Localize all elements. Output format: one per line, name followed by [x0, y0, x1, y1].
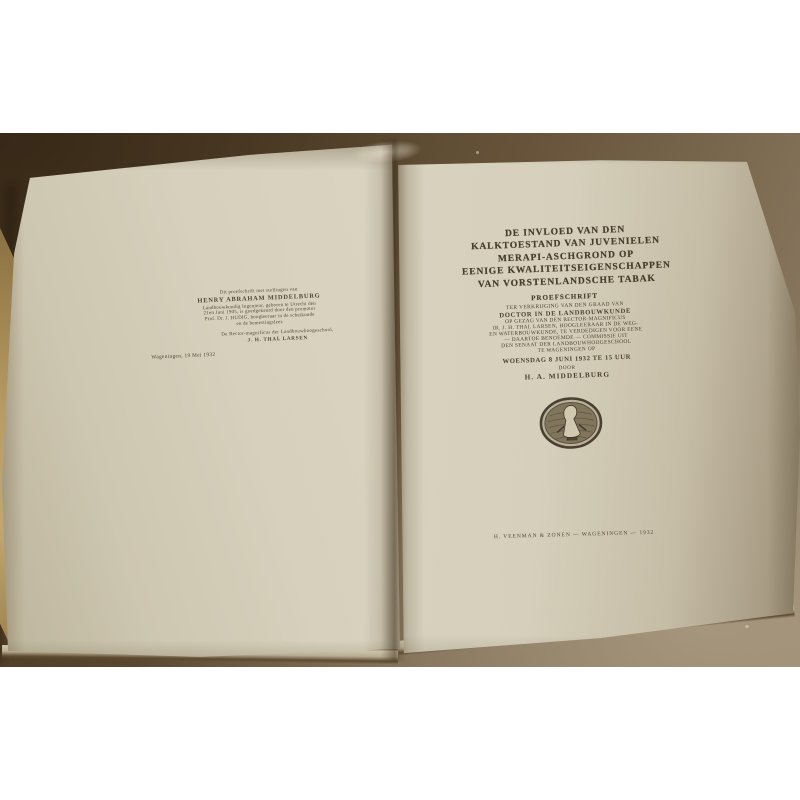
dissertation-title: DE INVLOED VAN DEN KALKTOESTAND VAN JUVE… — [439, 222, 693, 293]
bottom-white-margin — [0, 667, 800, 800]
right-page-title-page: DE INVLOED VAN DEN KALKTOESTAND VAN JUVE… — [392, 133, 800, 667]
imprint-line: H. VEENMAN & ZONEN — WAGENINGEN — 1932 — [448, 528, 700, 541]
left-page-shading — [0, 133, 404, 667]
photograph-open-book: Dit proefschrift met stellingen van HENR… — [0, 133, 800, 667]
left-page: Dit proefschrift met stellingen van HENR… — [0, 133, 404, 667]
place-and-date: Wageningen, 19 Mei 1932 — [151, 345, 371, 360]
book-gutter-shadow — [381, 139, 407, 661]
dust-speck — [745, 625, 749, 628]
proefschrift-block: PROEFSCHRIFT TER VERKRIJGING VAN DEN GRA… — [439, 289, 694, 385]
book-photo-canvas: Dit proefschrift met stellingen van HENR… — [0, 0, 800, 800]
printer-seal-icon — [535, 392, 607, 456]
top-white-margin — [0, 0, 800, 133]
dust-speck — [476, 151, 479, 154]
approval-note: Dit proefschrift met stellingen van HENR… — [149, 284, 372, 360]
rector-signature: De Rector-magnificus der Landbouwhoogesc… — [184, 327, 370, 346]
